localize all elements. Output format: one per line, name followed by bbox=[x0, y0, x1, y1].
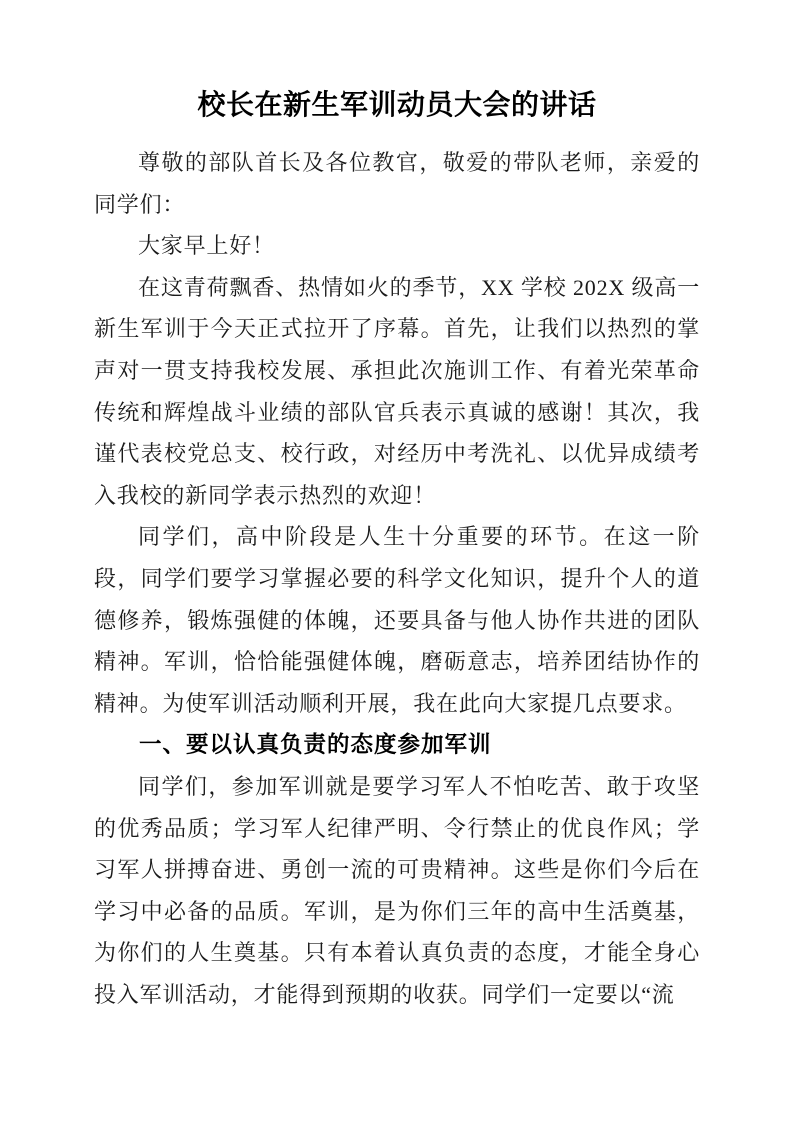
document-page: 校长在新生军训动员大会的讲话 尊敬的部队首长及各位教官，敬爱的带队老师，亲爱的同… bbox=[0, 0, 793, 1122]
section-heading-1: 一、要以认真负责的态度参加军训 bbox=[94, 724, 700, 766]
paragraph-greeting: 大家早上好！ bbox=[94, 225, 700, 267]
document-title: 校长在新生军训动员大会的讲话 bbox=[94, 82, 700, 128]
paragraph-salutation: 尊敬的部队首长及各位教官，敬爱的带队老师，亲爱的同学们： bbox=[94, 142, 700, 225]
paragraph-importance: 同学们，高中阶段是人生十分重要的环节。在这一阶段，同学们要学习掌握必要的科学文化… bbox=[94, 516, 700, 724]
paragraph-opening: 在这青荷飘香、热情如火的季节，XX 学校 202X 级高一新生军训于今天正式拉开… bbox=[94, 267, 700, 517]
paragraph-requirement-1: 同学们，参加军训就是要学习军人不怕吃苦、敢于攻坚的优秀品质；学习军人纪律严明、令… bbox=[94, 766, 700, 1016]
